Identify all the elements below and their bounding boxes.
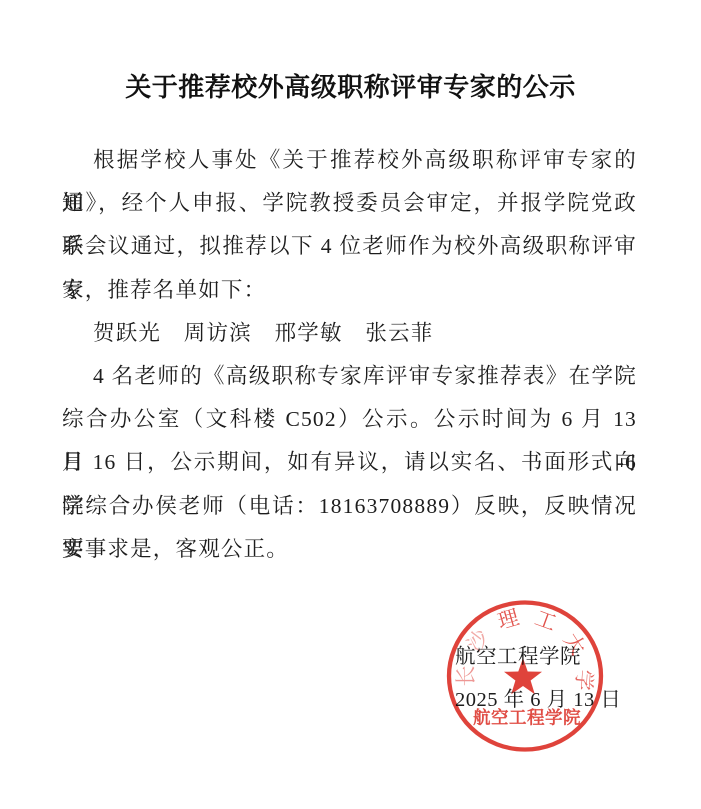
seal-arc-char: 学 — [571, 669, 596, 692]
notice-document-page: 关于推荐校外高级职称评审专家的公示 根据学校人事处《关于推荐校外高级职称评审专家… — [0, 0, 701, 809]
paragraph-3-line: 实事求是，客观公正。 — [62, 528, 637, 571]
star-icon — [504, 658, 542, 694]
paragraph-1-line: 根据学校人事处《关于推荐校外高级职称评审专家的通 — [62, 139, 637, 182]
paragraph-1-line: 知》，经个人申报、学院教授委员会审定，并报学院党政联 — [62, 182, 637, 225]
paragraph-3-line: 综合办公室（文科楼 C502）公示。公示时间为 6 月 13 日-6 — [62, 398, 637, 441]
paragraph-1-line: 系会议通过，拟推荐以下 4 位老师作为校外高级职称评审专 — [62, 225, 637, 268]
paragraph-1-line: 家，推荐名单如下： — [62, 269, 637, 312]
paragraph-3-line: 月 16 日，公示期间，如有异议，请以实名、书面形式向学 — [62, 441, 637, 484]
paragraph-3-line: 4 名老师的《高级职称专家库评审专家推荐表》在学院 — [62, 355, 637, 398]
paragraph-3-line: 院综合办侯老师（电话：18163708889）反映，反映情况要 — [62, 485, 637, 528]
seal-arc-char: 理 — [495, 605, 522, 634]
page-title: 关于推荐校外高级职称评审专家的公示 — [0, 70, 701, 106]
seal-arc-char: 长 — [454, 666, 478, 687]
recommended-names-line: 贺跃光 周访滨 邢学敏 张云菲 — [62, 312, 637, 355]
notice-body: 根据学校人事处《关于推荐校外高级职称评审专家的通 知》，经个人申报、学院教授委员… — [62, 139, 637, 571]
seal-bottom-text: 航空工程学院 — [473, 708, 581, 728]
official-seal-stamp: 长 沙 理 工 大 学 航空工程学院 — [440, 591, 610, 761]
